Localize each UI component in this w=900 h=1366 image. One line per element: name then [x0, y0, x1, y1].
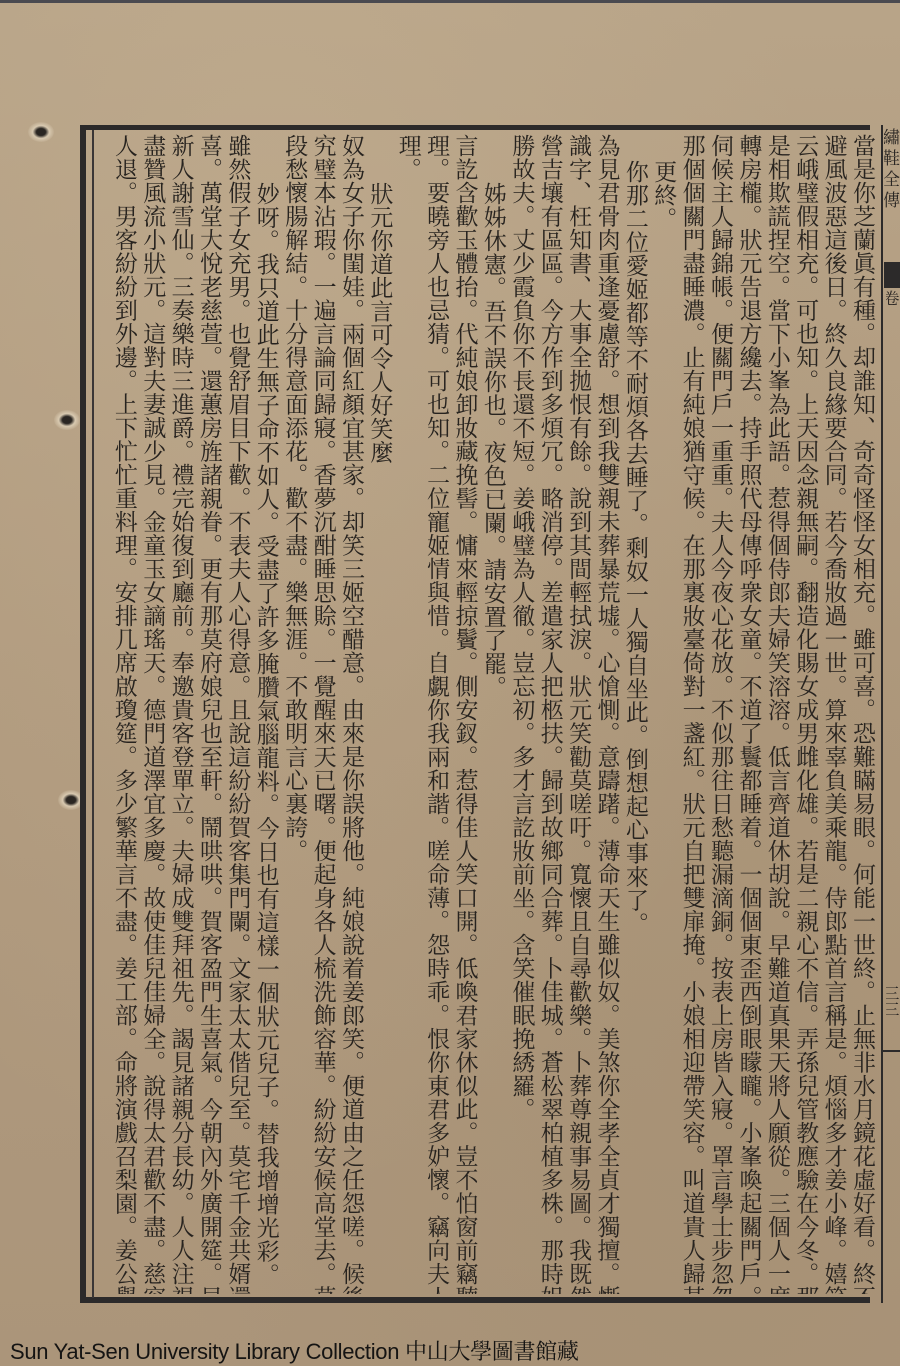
- page-frame-inner-line: [92, 130, 94, 1298]
- page-frame-right-line: [881, 125, 883, 1303]
- text-column: 更終。: [649, 134, 677, 1294]
- text-column: 雖然假子女充男。也覺舒眉目下歡。不表夫人心得意。且說這紛紛賀客集門闌。文家太太偕…: [223, 134, 251, 1294]
- text-column: 人退。男客紛紛到外邊。上下忙忙重料理。安排几席啟瓊筵。多少繁華言不盡。姜工部。命…: [109, 134, 137, 1294]
- text-column: 識字、枉知書、大事全拋恨有餘。說到其間輕拭淚。狀元笑勸莫嗟吁。寬懷且自尋歡樂。卜…: [564, 134, 592, 1294]
- text-column: 言訖含歡玉體抬。代純娘卸妝藏挽髻。慵來輕掠鬢。側安釵。惹得佳人笑口開。低喚君家休…: [450, 134, 478, 1294]
- text-column: 云峨璧假相充。可也知。上天因念親無嗣。翻造化賜女成男雌化雄。若是二親心不信。弄孫…: [791, 134, 819, 1294]
- library-collection-caption: Sun Yat-Sen University Library Collectio…: [10, 1335, 579, 1366]
- text-column: 段愁懷腸解結。十分得意面添花。歡不盡。樂無涯。不敢明言心裏誇。: [280, 134, 308, 1294]
- binding-hole: [54, 410, 80, 430]
- text-column: 理。: [393, 134, 421, 1294]
- page-number: 三三: [886, 985, 900, 1025]
- text-column: 當是你芝蘭眞有種。却誰知、奇奇怪怪女相充。雖可喜。恐難瞞易眼。何能一世終。止無非…: [848, 134, 876, 1294]
- text-column: 伺候主人歸錦帳。便關門戶一重重。夫人今夜心花放。不似那往日愁聽漏滴銅。按表上房皆…: [706, 134, 734, 1294]
- text-column: 新人謝雪仙。三奏樂時三進爵。禮完始復到廳前。奉邀貴客登單立。夫婦成雙拜祖先。謁見…: [166, 134, 194, 1294]
- text-column: 你那二位愛姬都等不耐煩各去睡了。剩奴一人獨自坐此。倒想起心事來了。: [620, 134, 648, 1294]
- text-column: 姊姊休憲。吾不誤你也。夜色已闌。請安置了罷。: [479, 134, 507, 1294]
- binding-hole: [28, 122, 54, 142]
- main-text-block: 當是你芝蘭眞有種。却誰知、奇奇怪怪女相充。雖可喜。恐難瞞易眼。何能一世終。止無非…: [96, 134, 880, 1294]
- text-column: 妙呀。我只道此生無子命不如人。受盡了許多腌臢氣腦龍料。今日也有這樣一個狀元兒子。…: [251, 134, 279, 1294]
- text-column: 狀元你道此言可令人好笑麼: [365, 134, 393, 1294]
- text-columns: 當是你芝蘭眞有種。却誰知、奇奇怪怪女相充。雖可喜。恐難瞞易眼。何能一世終。止無非…: [109, 134, 876, 1294]
- book-title: 繡鞋全傳: [884, 128, 900, 268]
- volume-label: 卷: [886, 290, 900, 350]
- text-column: 勝故夫。丈少霞負你不長還不短。姜峨璧為人徹。豈忘初。多才言訖妝前坐。含笑催眠挽綉…: [507, 134, 535, 1294]
- text-column: 盡贊風流小狀元。這對夫妻誠少見。金童玉女謫瑤天。德門道澤宜多慶。故使佳兒佳婦全。…: [138, 134, 166, 1294]
- text-column: 究璧本沾瑕。一遍言論同歸寢。香夢沉酣睡思賒。一覺醒來天已曙。便起身各人梳洗飾容華…: [308, 134, 336, 1294]
- fish-tail-mark: [884, 262, 900, 288]
- text-column: 理。要曉旁人也忌猜。可也知。二位寵姬情與惜。自覷你我兩和諧。嗟命薄。怨時乖。恨你…: [422, 134, 450, 1294]
- text-column: 營吉壤有區區。今方作到多煩冗。略消停。差遣家人把柩扶。歸到故鄉同合葬。卜佳城。蒼…: [535, 134, 563, 1294]
- top-edge: [0, 0, 900, 3]
- text-column: 奴為女子你閨娃。兩個紅顏宜甚家。却笑三姬空醋意。由來是你誤將他。純娘說着姜郎笑。…: [337, 134, 365, 1294]
- text-column: 是相欺謊捏空。當下小峯為此語。惹得個侍郎夫婦笑溶溶。低言齊道休胡說。早難道真果天…: [762, 134, 790, 1294]
- text-column: 那個個關門盡睡濃。止有純娘猶守候。在那裏妝臺倚對一盞紅。狀元自把雙扉掩。小娘相迎…: [677, 134, 705, 1294]
- text-column: 喜。萬堂大悅老慈萱。還蕙房旌諸親眷。更有那莫府娘兒也至軒。鬧哄哄。賀客盈門生喜氣…: [195, 134, 223, 1294]
- margin-divider: [882, 1050, 900, 1052]
- text-column: 為見君骨肉重逢憂慮舒。想到我雙親未葬暴荒墟。心愴惻。意躊躇。薄命天生雖似奴。美煞…: [592, 134, 620, 1294]
- text-column: 避風波惡這後日。終久良緣要合同。若今喬妝過一世。算來辜負美乘龍。侍郎點首言稱是。…: [819, 134, 847, 1294]
- text-column: 轉房櫳。狀元告退方纔去。持手照代母傳呼衆女童。不道了鬟都睡着。一個個東歪西倒眼矇…: [734, 134, 762, 1294]
